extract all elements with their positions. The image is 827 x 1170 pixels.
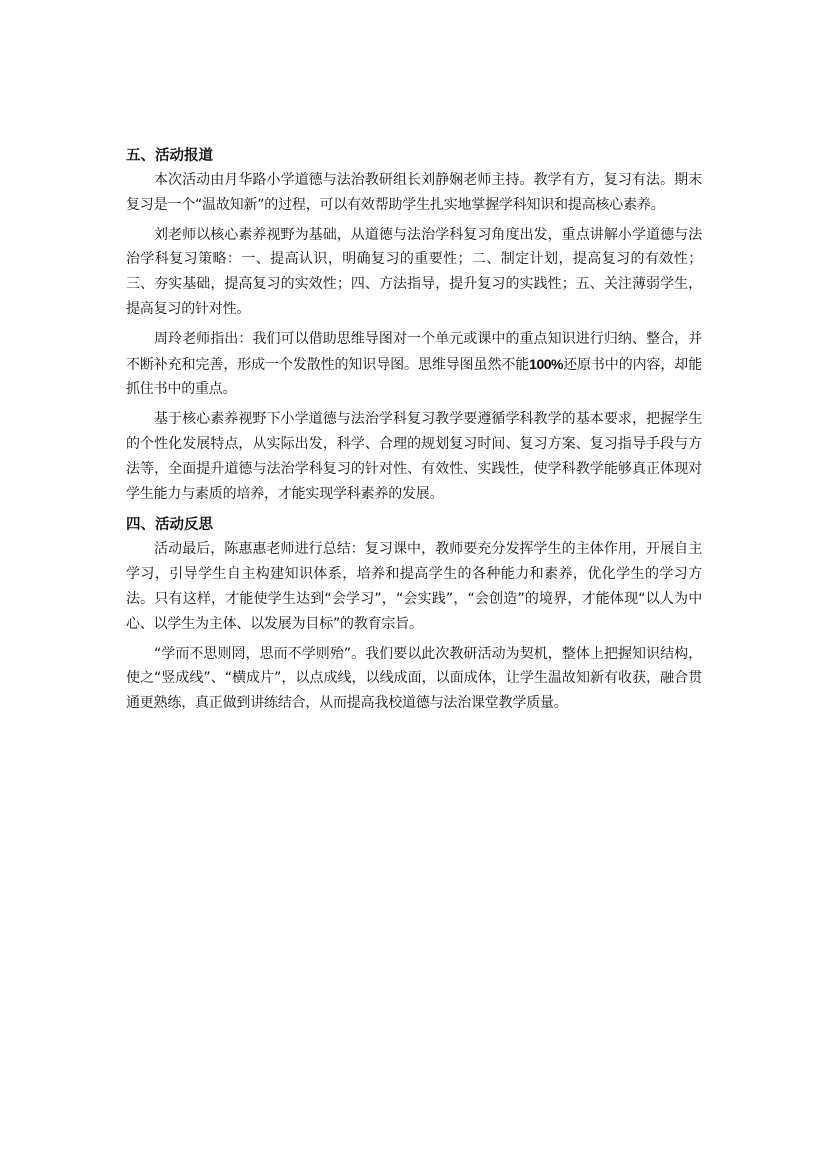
- section-activity-reflection: 四、活动反思 活动最后，陈惠惠老师进行总结：复习课中，教师要充分发挥学生的主体作…: [126, 513, 702, 716]
- section-heading: 四、活动反思: [126, 513, 702, 537]
- document-page: 五、活动报道 本次活动由月华路小学道德与法治教研组长刘静娴老师主持。教学有方，复…: [126, 144, 702, 721]
- paragraph: “学而不思则罔，思而不学则殆”。我们要以此次教研活动为契机，整体上把握知识结构，…: [126, 642, 702, 716]
- paragraph: 刘老师以核心素养视野为基础，从道德与法治学科复习角度出发，重点讲解小学道德与法治…: [126, 223, 702, 322]
- paragraph: 周玲老师指出：我们可以借助思维导图对一个单元或课中的重点知识进行归纳、整合，并不…: [126, 327, 702, 402]
- paragraph: 基于核心素养视野下小学道德与法治学科复习教学要遵循学科教学的基本要求，把握学生的…: [126, 407, 702, 506]
- percentage-value: 100%: [529, 356, 563, 372]
- section-heading: 五、活动报道: [126, 144, 702, 168]
- section-activity-report: 五、活动报道 本次活动由月华路小学道德与法治教研组长刘静娴老师主持。教学有方，复…: [126, 144, 702, 506]
- paragraph: 活动最后，陈惠惠老师进行总结：复习课中，教师要充分发挥学生的主体作用，开展自主学…: [126, 537, 702, 636]
- paragraph: 本次活动由月华路小学道德与法治教研组长刘静娴老师主持。教学有方，复习有法。期末复…: [126, 168, 702, 218]
